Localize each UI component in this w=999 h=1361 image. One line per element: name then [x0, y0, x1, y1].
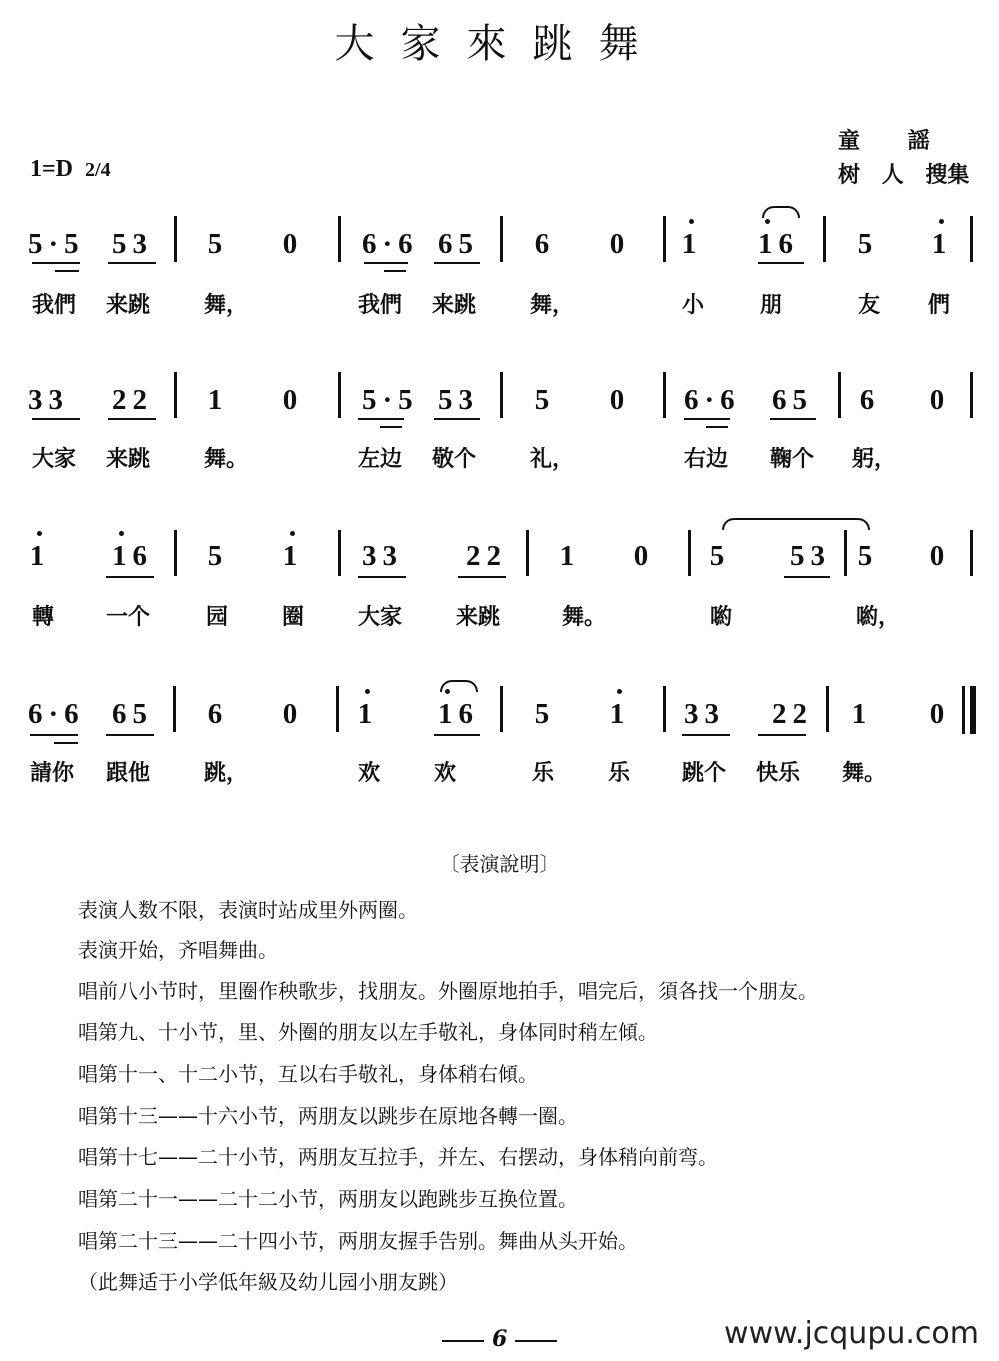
lyric: 請你 — [30, 756, 74, 787]
underline — [32, 418, 80, 420]
barline — [663, 372, 666, 418]
slur — [762, 206, 800, 218]
lyric: 舞。 — [204, 442, 248, 473]
barline — [500, 686, 503, 732]
note: 5 — [198, 228, 238, 260]
note: 6·6 — [362, 228, 402, 260]
lyric: 左边 — [358, 442, 402, 473]
note: 22 — [772, 698, 812, 730]
note: 1 — [672, 228, 712, 260]
high-octave-dot — [119, 531, 124, 536]
note: 0 — [920, 540, 960, 572]
note: 0 — [600, 384, 640, 416]
notes-line: （此舞适于小学低年級及幼儿园小朋友跳） — [78, 1266, 458, 1295]
note: 53 — [438, 384, 478, 416]
notes-line: 唱第十七——二十小节，两朋友互拉手，并左、右摆动，身体稍向前弯。 — [78, 1141, 718, 1170]
note: 5·5 — [28, 228, 68, 260]
underline — [434, 734, 480, 736]
lyric: 舞。 — [842, 756, 886, 787]
note: 65 — [772, 384, 812, 416]
underline — [434, 262, 480, 264]
note: 1 — [20, 540, 60, 572]
high-octave-dot — [939, 219, 944, 224]
note: 53 — [112, 228, 152, 260]
barline — [663, 686, 666, 732]
note: 1 — [198, 384, 238, 416]
note: 22 — [466, 540, 506, 572]
barline — [526, 530, 529, 576]
note: 0 — [273, 228, 313, 260]
lyric: 礼， — [530, 442, 574, 473]
note: 6 — [198, 698, 238, 730]
lyric: 朋 — [760, 288, 782, 319]
page-number: 6 — [492, 1326, 507, 1352]
note: 5 — [525, 698, 565, 730]
note: 5 — [848, 540, 888, 572]
lyric: 跟他 — [106, 756, 150, 787]
note: 5 — [848, 228, 888, 260]
lyric: 来跳 — [106, 288, 150, 319]
lyric: 大家 — [32, 442, 76, 473]
underline — [706, 426, 728, 428]
notes-line: 唱第十一、十二小节，互以右手敬礼，身体稍右傾。 — [78, 1058, 538, 1087]
underline — [682, 734, 730, 736]
barline — [500, 216, 503, 262]
note: 1 — [550, 540, 590, 572]
underline — [758, 734, 806, 736]
note: 1 — [348, 698, 388, 730]
lyric: 来跳 — [456, 600, 500, 631]
note: 0 — [600, 228, 640, 260]
underline — [106, 734, 154, 736]
lyric: 舞， — [530, 288, 574, 319]
notes-line: 唱第二十一——二十二小节，两朋友以跑跳步互换位置。 — [78, 1183, 578, 1212]
note: 16 — [438, 698, 478, 730]
lyric: 跳， — [204, 756, 248, 787]
note: 5 — [525, 384, 565, 416]
barline — [338, 530, 341, 576]
note: 33 — [684, 698, 724, 730]
underline — [55, 270, 79, 272]
underline — [54, 742, 78, 744]
barline — [174, 372, 177, 418]
note: 0 — [920, 384, 960, 416]
underline — [434, 418, 480, 420]
notes-line: 唱第二十三——二十四小节，两朋友握手告别。舞曲从头开始。 — [78, 1225, 638, 1254]
barline — [174, 530, 177, 576]
high-octave-dot — [689, 219, 694, 224]
underline — [32, 262, 80, 264]
high-octave-dot — [765, 219, 770, 224]
note: 6 — [850, 384, 890, 416]
barline — [336, 686, 339, 732]
underline — [758, 262, 804, 264]
note: 5·5 — [362, 384, 402, 416]
lyric: 圈 — [282, 600, 304, 631]
high-octave-dot — [365, 689, 370, 694]
underline — [30, 734, 78, 736]
note: 5 — [198, 540, 238, 572]
note: 0 — [624, 540, 664, 572]
collector-label: 树 人 搜集 — [838, 158, 969, 189]
lyric: 乐 — [532, 756, 554, 787]
underline — [358, 576, 406, 578]
barline — [970, 530, 973, 576]
song-title: 大家來跳舞 — [0, 12, 999, 69]
underline — [108, 262, 156, 264]
note: 16 — [758, 228, 798, 260]
note: 33 — [28, 384, 68, 416]
note: 1 — [842, 698, 882, 730]
note: 1 — [922, 228, 962, 260]
note: 65 — [438, 228, 478, 260]
barline — [173, 686, 176, 732]
notes-line: 表演人数不限，表演时站成里外两圈。 — [78, 894, 418, 923]
note: 5 — [700, 540, 740, 572]
final-barline-thick — [970, 686, 976, 734]
underline — [364, 262, 408, 264]
lyric: 鞠个 — [770, 442, 814, 473]
barline — [688, 530, 691, 576]
barline — [500, 372, 503, 418]
lyric: 大家 — [358, 600, 402, 631]
lyric: 乐 — [608, 756, 630, 787]
note: 0 — [920, 698, 960, 730]
barline — [838, 372, 841, 418]
high-octave-dot — [37, 531, 42, 536]
lyric: 友 — [858, 288, 880, 319]
notes-line: 唱前八小节时，里圈作秧歌步，找朋友。外圈原地拍手，唱完后，須各找一个朋友。 — [78, 975, 818, 1004]
key-time-signature: 1=D 2/4 — [30, 156, 111, 183]
watermark: www.jcqupu.com — [724, 1316, 979, 1351]
underline — [684, 418, 730, 420]
lyric: 舞， — [204, 288, 248, 319]
lyric: 跳个 — [682, 756, 726, 787]
page-dash-right — [515, 1340, 557, 1342]
lyric: 园 — [206, 600, 228, 631]
time-signature: 2/4 — [85, 159, 111, 181]
genre-label: 童 謡 — [838, 124, 950, 155]
page-dash-left — [442, 1340, 484, 1342]
lyric: 躬， — [852, 442, 896, 473]
barline — [174, 216, 177, 262]
high-octave-dot — [445, 689, 450, 694]
barline — [663, 216, 666, 262]
note: 0 — [273, 698, 313, 730]
note: 65 — [112, 698, 152, 730]
lyric: 們 — [928, 288, 950, 319]
lyric: 小 — [682, 288, 704, 319]
barline — [970, 372, 973, 418]
lyric: 喲 — [710, 600, 732, 631]
high-octave-dot — [617, 689, 622, 694]
lyric: 轉 — [32, 600, 54, 631]
underline — [770, 418, 816, 420]
lyric: 来跳 — [432, 288, 476, 319]
note: 0 — [273, 384, 313, 416]
barline — [823, 216, 826, 262]
underline — [458, 576, 506, 578]
high-octave-dot — [290, 531, 295, 536]
slur — [722, 518, 870, 530]
lyric: 欢 — [434, 756, 456, 787]
lyric: 敬个 — [432, 442, 476, 473]
barline — [338, 216, 341, 262]
note: 1 — [273, 540, 313, 572]
lyric: 舞。 — [562, 600, 606, 631]
underline — [384, 270, 406, 272]
lyric: 喲， — [856, 600, 900, 631]
underline — [358, 418, 404, 420]
lyric: 我們 — [32, 288, 76, 319]
note: 53 — [790, 540, 830, 572]
notes-line: 唱第九、十小节，里、外圈的朋友以左手敬礼，身体同时稍左傾。 — [78, 1016, 658, 1045]
barline — [970, 216, 973, 262]
lyric: 快乐 — [756, 756, 800, 787]
notes-line: 表演开始，齐唱舞曲。 — [78, 934, 278, 963]
note: 22 — [112, 384, 152, 416]
note: 16 — [112, 540, 152, 572]
barline — [338, 372, 341, 418]
lyric: 右边 — [684, 442, 728, 473]
key-signature: 1=D — [30, 156, 73, 182]
barline — [826, 686, 829, 732]
note: 33 — [362, 540, 402, 572]
notes-heading: 〔表演說明〕 — [0, 848, 999, 877]
lyric: 来跳 — [106, 442, 150, 473]
notes-line: 唱第十三——十六小节，两朋友以跳步在原地各轉一圈。 — [78, 1100, 578, 1129]
underline — [106, 576, 154, 578]
underline — [784, 576, 830, 578]
barline — [844, 530, 847, 576]
note: 6 — [525, 228, 565, 260]
lyric: 一个 — [106, 600, 150, 631]
note: 6·6 — [684, 384, 724, 416]
lyric: 欢 — [358, 756, 380, 787]
final-barline-thin — [962, 686, 965, 734]
note: 1 — [600, 698, 640, 730]
lyric: 我們 — [358, 288, 402, 319]
underline — [108, 418, 156, 420]
underline — [380, 426, 402, 428]
note: 6·6 — [28, 698, 68, 730]
